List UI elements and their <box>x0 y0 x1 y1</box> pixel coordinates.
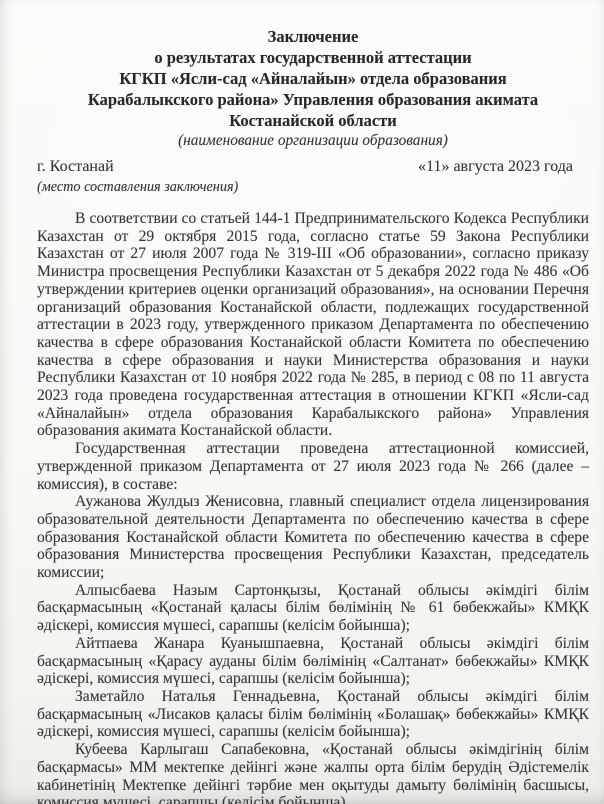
paragraph-member-zametailo: Заметайло Наталья Геннадьевна, Қостанай … <box>37 688 589 741</box>
paragraph-legal-basis: В соответствии со статьей 144-1 Предприн… <box>37 210 589 440</box>
document-body: В соответствии со статьей 144-1 Предприн… <box>37 210 589 804</box>
paragraph-member-alpysbayeva: Алпысбаева Назым Сартонқызы, Қостанай об… <box>37 582 589 635</box>
paragraph-member-kubeyeva: Кубеева Карлыгаш Сапабековна, «Қостанай … <box>37 741 589 804</box>
scanned-document-page: Заключение о результатах государственной… <box>0 0 604 804</box>
paragraph-member-aitpayeva: Айтпаева Жанара Куанышпаевна, Қостанай о… <box>37 635 589 688</box>
paragraph-member-auzhanova: Аужанова Жулдыз Женисовна, главный специ… <box>37 493 589 582</box>
date-value: «11» августа 2023 года <box>418 158 589 176</box>
place-caption: (место составления заключения) <box>37 179 238 195</box>
paragraph-commission-intro: Государственная аттестации проведена атт… <box>37 440 589 493</box>
place-date-row: г. Костанай (место составления заключени… <box>37 158 589 195</box>
place-value: г. Костанай <box>37 158 238 176</box>
organization-name-caption: (наименование организации образования) <box>37 131 589 151</box>
document-title: Заключение <box>37 26 589 47</box>
organization-name: КГКП «Ясли-сад «Айналайын» отдела образо… <box>57 68 569 131</box>
document-header: Заключение о результатах государственной… <box>37 26 589 151</box>
place-block: г. Костанай (место составления заключени… <box>37 158 238 195</box>
document-subtitle: о результатах государственной аттестации <box>37 47 589 68</box>
